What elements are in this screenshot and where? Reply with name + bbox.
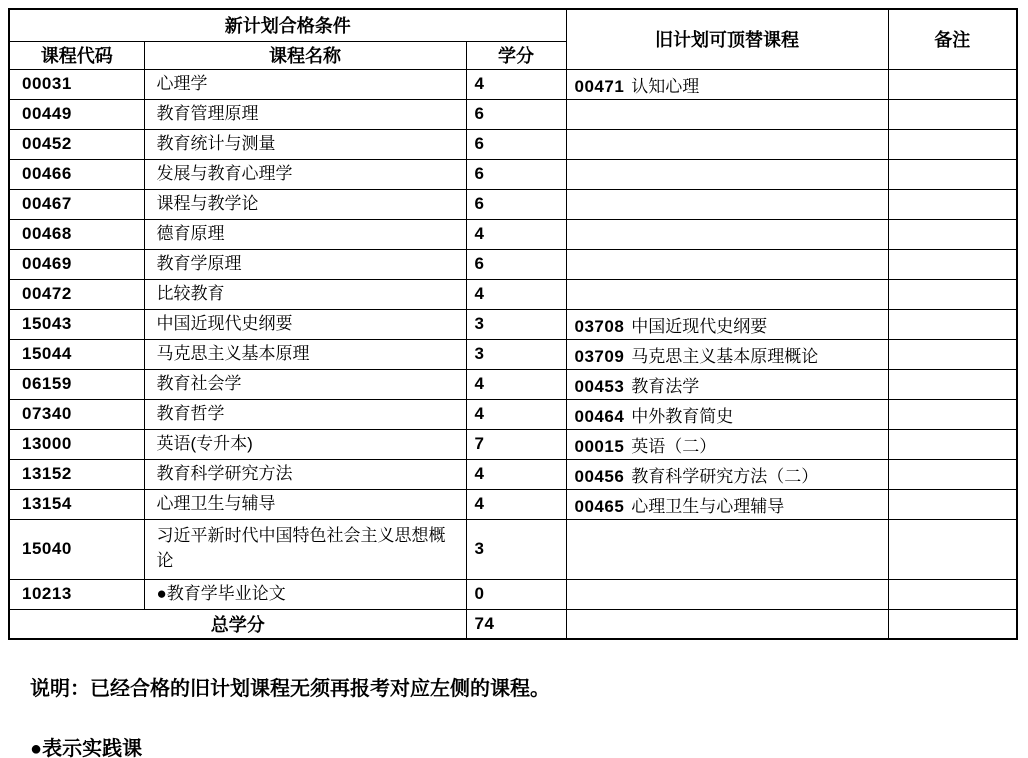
remark-cell [888, 189, 1017, 219]
credits-cell: 6 [466, 159, 566, 189]
course-code-cell: 06159 [9, 369, 144, 399]
credits-cell: 4 [466, 219, 566, 249]
old-plan-course-cell [566, 249, 888, 279]
remark-cell [888, 249, 1017, 279]
course-name-cell: 英语(专升本) [144, 429, 466, 459]
credits-cell: 4 [466, 489, 566, 519]
old-course-code: 00453 [575, 377, 625, 396]
table-row: 13152 教育科学研究方法 4 00456教育科学研究方法（二） [9, 459, 1017, 489]
course-name-cell: 教育科学研究方法 [144, 459, 466, 489]
course-code-cell: 15043 [9, 309, 144, 339]
credits-cell: 3 [466, 339, 566, 369]
table-row: 10213 ●教育学毕业论文 0 [9, 579, 1017, 609]
course-code-cell: 15040 [9, 519, 144, 579]
old-plan-course-cell: 00015英语（二） [566, 429, 888, 459]
old-course-code: 00465 [575, 497, 625, 516]
credits-cell: 4 [466, 369, 566, 399]
old-plan-course-cell: 00464中外教育简史 [566, 399, 888, 429]
old-course-name: 教育科学研究方法（二） [631, 467, 818, 486]
old-course-code: 00464 [575, 407, 625, 426]
course-code-cell: 10213 [9, 579, 144, 609]
credits-cell: 6 [466, 189, 566, 219]
course-code-cell: 13000 [9, 429, 144, 459]
course-name-cell: 教育社会学 [144, 369, 466, 399]
remark-cell [888, 579, 1017, 609]
old-plan-course-cell [566, 219, 888, 249]
table-row: 00466 发展与教育心理学 6 [9, 159, 1017, 189]
old-course-name: 心理卫生与心理辅导 [631, 497, 784, 516]
old-plan-course-cell: 00471认知心理 [566, 69, 888, 99]
old-plan-course-cell [566, 189, 888, 219]
old-course-name: 教育法学 [631, 377, 699, 396]
table-row: 15044 马克思主义基本原理 3 03709马克思主义基本原理概论 [9, 339, 1017, 369]
total-label: 总学分 [9, 609, 466, 639]
course-code-cell: 00452 [9, 129, 144, 159]
course-name-cell: 马克思主义基本原理 [144, 339, 466, 369]
old-course-name: 马克思主义基本原理概论 [631, 347, 818, 366]
course-name-cell: 中国近现代史纲要 [144, 309, 466, 339]
credits-cell: 4 [466, 459, 566, 489]
old-plan-course-cell [566, 129, 888, 159]
remark-cell [888, 369, 1017, 399]
total-old-plan-cell [566, 609, 888, 639]
table-row: 13154 心理卫生与辅导 4 00465心理卫生与心理辅导 [9, 489, 1017, 519]
header-credits: 学分 [466, 41, 566, 69]
old-course-code: 03709 [575, 347, 625, 366]
practice-course-legend: ●表示实践课 [30, 732, 142, 758]
credits-cell: 4 [466, 279, 566, 309]
old-plan-course-cell [566, 279, 888, 309]
course-code-cell: 13154 [9, 489, 144, 519]
header-new-plan-group: 新计划合格条件 [9, 9, 566, 41]
credits-cell: 3 [466, 519, 566, 579]
course-name-cell: 教育管理原理 [144, 99, 466, 129]
table-row: 00469 教育学原理 6 [9, 249, 1017, 279]
remark-cell [888, 309, 1017, 339]
course-name-cell: 课程与教学论 [144, 189, 466, 219]
remark-cell [888, 129, 1017, 159]
table-row: 00031 心理学 4 00471认知心理 [9, 69, 1017, 99]
old-course-code: 03708 [575, 317, 625, 336]
remark-cell [888, 459, 1017, 489]
remark-cell [888, 519, 1017, 579]
course-name-cell: 教育学原理 [144, 249, 466, 279]
old-plan-course-cell: 00456教育科学研究方法（二） [566, 459, 888, 489]
old-plan-course-cell [566, 519, 888, 579]
credits-cell: 4 [466, 69, 566, 99]
credits-cell: 6 [466, 249, 566, 279]
course-name-cell: 教育哲学 [144, 399, 466, 429]
old-course-name: 中外教育简史 [631, 407, 733, 426]
old-plan-course-cell: 00453教育法学 [566, 369, 888, 399]
table-row: 00467 课程与教学论 6 [9, 189, 1017, 219]
course-name-cell: 习近平新时代中国特色社会主义思想概论 [144, 519, 466, 579]
course-code-cell: 15044 [9, 339, 144, 369]
table-row: 15043 中国近现代史纲要 3 03708中国近现代史纲要 [9, 309, 1017, 339]
credits-cell: 6 [466, 99, 566, 129]
old-course-name: 英语（二） [631, 437, 716, 456]
total-remark-cell [888, 609, 1017, 639]
table-row: 13000 英语(专升本) 7 00015英语（二） [9, 429, 1017, 459]
course-code-cell: 00467 [9, 189, 144, 219]
old-plan-course-cell: 03709马克思主义基本原理概论 [566, 339, 888, 369]
header-row-group: 新计划合格条件 旧计划可顶替课程 备注 [9, 9, 1017, 41]
old-plan-course-cell: 03708中国近现代史纲要 [566, 309, 888, 339]
credits-cell: 4 [466, 399, 566, 429]
course-code-cell: 00466 [9, 159, 144, 189]
remark-cell [888, 219, 1017, 249]
remark-cell [888, 429, 1017, 459]
old-course-code: 00015 [575, 437, 625, 456]
total-credits-value: 74 [466, 609, 566, 639]
old-course-name: 中国近现代史纲要 [631, 317, 767, 336]
table-row: 06159 教育社会学 4 00453教育法学 [9, 369, 1017, 399]
table-row: 15040 习近平新时代中国特色社会主义思想概论 3 [9, 519, 1017, 579]
explanation-note: 说明：已经合格的旧计划课程无须再报考对应左侧的课程。 [30, 672, 550, 701]
credits-cell: 3 [466, 309, 566, 339]
credits-cell: 6 [466, 129, 566, 159]
remark-cell [888, 489, 1017, 519]
course-name-cell: 心理卫生与辅导 [144, 489, 466, 519]
document-page: 新计划合格条件 旧计划可顶替课程 备注 课程代码 课程名称 学分 00031 心… [0, 0, 1028, 758]
course-code-cell: 00449 [9, 99, 144, 129]
remark-cell [888, 99, 1017, 129]
course-code-cell: 07340 [9, 399, 144, 429]
course-name-cell: 比较教育 [144, 279, 466, 309]
remark-cell [888, 399, 1017, 429]
credits-cell: 7 [466, 429, 566, 459]
course-name-cell: 教育统计与测量 [144, 129, 466, 159]
course-code-cell: 00468 [9, 219, 144, 249]
header-old-plan: 旧计划可顶替课程 [566, 9, 888, 69]
remark-cell [888, 159, 1017, 189]
old-course-code: 00471 [575, 77, 625, 96]
course-name-cell: 发展与教育心理学 [144, 159, 466, 189]
old-course-code: 00456 [575, 467, 625, 486]
header-course-code: 课程代码 [9, 41, 144, 69]
credits-cell: 0 [466, 579, 566, 609]
table-row: 00449 教育管理原理 6 [9, 99, 1017, 129]
header-remarks: 备注 [888, 9, 1017, 69]
course-code-cell: 00472 [9, 279, 144, 309]
table-row: 07340 教育哲学 4 00464中外教育简史 [9, 399, 1017, 429]
course-replacement-table: 新计划合格条件 旧计划可顶替课程 备注 课程代码 课程名称 学分 00031 心… [8, 8, 1018, 640]
old-plan-course-cell [566, 159, 888, 189]
old-plan-course-cell [566, 579, 888, 609]
old-plan-course-cell: 00465心理卫生与心理辅导 [566, 489, 888, 519]
remark-cell [888, 69, 1017, 99]
course-code-cell: 00031 [9, 69, 144, 99]
course-name-cell: ●教育学毕业论文 [144, 579, 466, 609]
table-row: 00472 比较教育 4 [9, 279, 1017, 309]
old-plan-course-cell [566, 99, 888, 129]
course-name-cell: 德育原理 [144, 219, 466, 249]
total-row: 总学分 74 [9, 609, 1017, 639]
remark-cell [888, 279, 1017, 309]
course-code-cell: 00469 [9, 249, 144, 279]
header-course-name: 课程名称 [144, 41, 466, 69]
course-name-cell: 心理学 [144, 69, 466, 99]
course-code-cell: 13152 [9, 459, 144, 489]
remark-cell [888, 339, 1017, 369]
table-row: 00468 德育原理 4 [9, 219, 1017, 249]
old-course-name: 认知心理 [631, 77, 699, 96]
table-row: 00452 教育统计与测量 6 [9, 129, 1017, 159]
